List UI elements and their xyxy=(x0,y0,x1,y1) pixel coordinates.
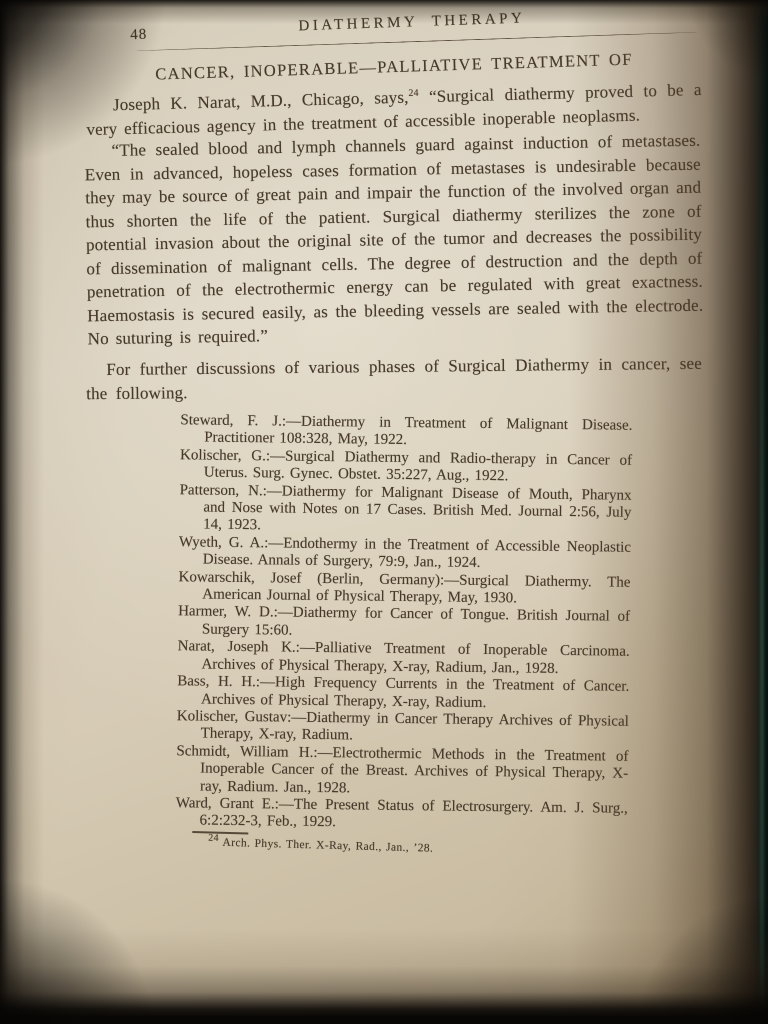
paragraph-further-discussions: For further discussions of various phase… xyxy=(86,351,702,404)
reference-item: Kolischer, G.:—Surgical Diathermy and Ra… xyxy=(180,447,632,487)
footnote-block: 24 Arch. Phys. Ther. X-Ray, Rad., Jan., … xyxy=(186,831,702,862)
reference-item: Wyeth, G. A.:—Endothermy in the Treatmen… xyxy=(179,534,631,574)
reference-item: Ward, Grant E.:—The Present Status of El… xyxy=(175,795,627,835)
reference-list: Steward, F. J.:—Diathermy in Treatment o… xyxy=(175,412,632,835)
reference-item: Patterson, N.:—Diathermy for Malignant D… xyxy=(179,481,632,539)
footnote-marker-sup: 24 xyxy=(408,88,419,99)
book-page: 48 DIATHERMY THERAPY CANCER, INOPERABLE—… xyxy=(0,0,768,1024)
page-content: 48 DIATHERMY THERAPY CANCER, INOPERABLE—… xyxy=(86,14,702,855)
para1-lead: Joseph K. Narat, M.D., Chicago, says, xyxy=(113,88,409,115)
reference-item: Kowarschik, Josef (Berlin, Germany):—Sur… xyxy=(178,568,630,608)
footnote-marker: 24 xyxy=(208,833,219,844)
paragraph-sealed-channels: “The sealed blood and lymph channels gua… xyxy=(84,129,704,351)
footnote-text: Arch. Phys. Ther. X-Ray, Rad., Jan., ’28… xyxy=(222,837,433,855)
running-header: DIATHERMY THERAPY xyxy=(86,4,702,42)
reference-item: Steward, F. J.:—Diathermy in Treatment o… xyxy=(180,412,632,452)
book-photo: 48 DIATHERMY THERAPY CANCER, INOPERABLE—… xyxy=(0,0,768,1024)
reference-item: Narat, Joseph K.:—Palliative Treatment o… xyxy=(177,638,629,678)
reference-item: Kolischer, Gustav:—Diathermy in Cancer T… xyxy=(177,708,629,748)
reference-item: Schmidt, William H.:—Electrothermic Meth… xyxy=(176,742,629,800)
page-number: 48 xyxy=(130,27,148,45)
reference-item: Harmer, W. D.:—Diathermy for Cancer of T… xyxy=(178,603,630,643)
footnote: 24 Arch. Phys. Ther. X-Ray, Rad., Jan., … xyxy=(208,837,702,863)
page-header: 48 DIATHERMY THERAPY xyxy=(86,3,702,46)
reference-item: Bass, H. H.:—High Frequency Currents in … xyxy=(177,673,629,713)
footnote-rule xyxy=(192,831,248,835)
